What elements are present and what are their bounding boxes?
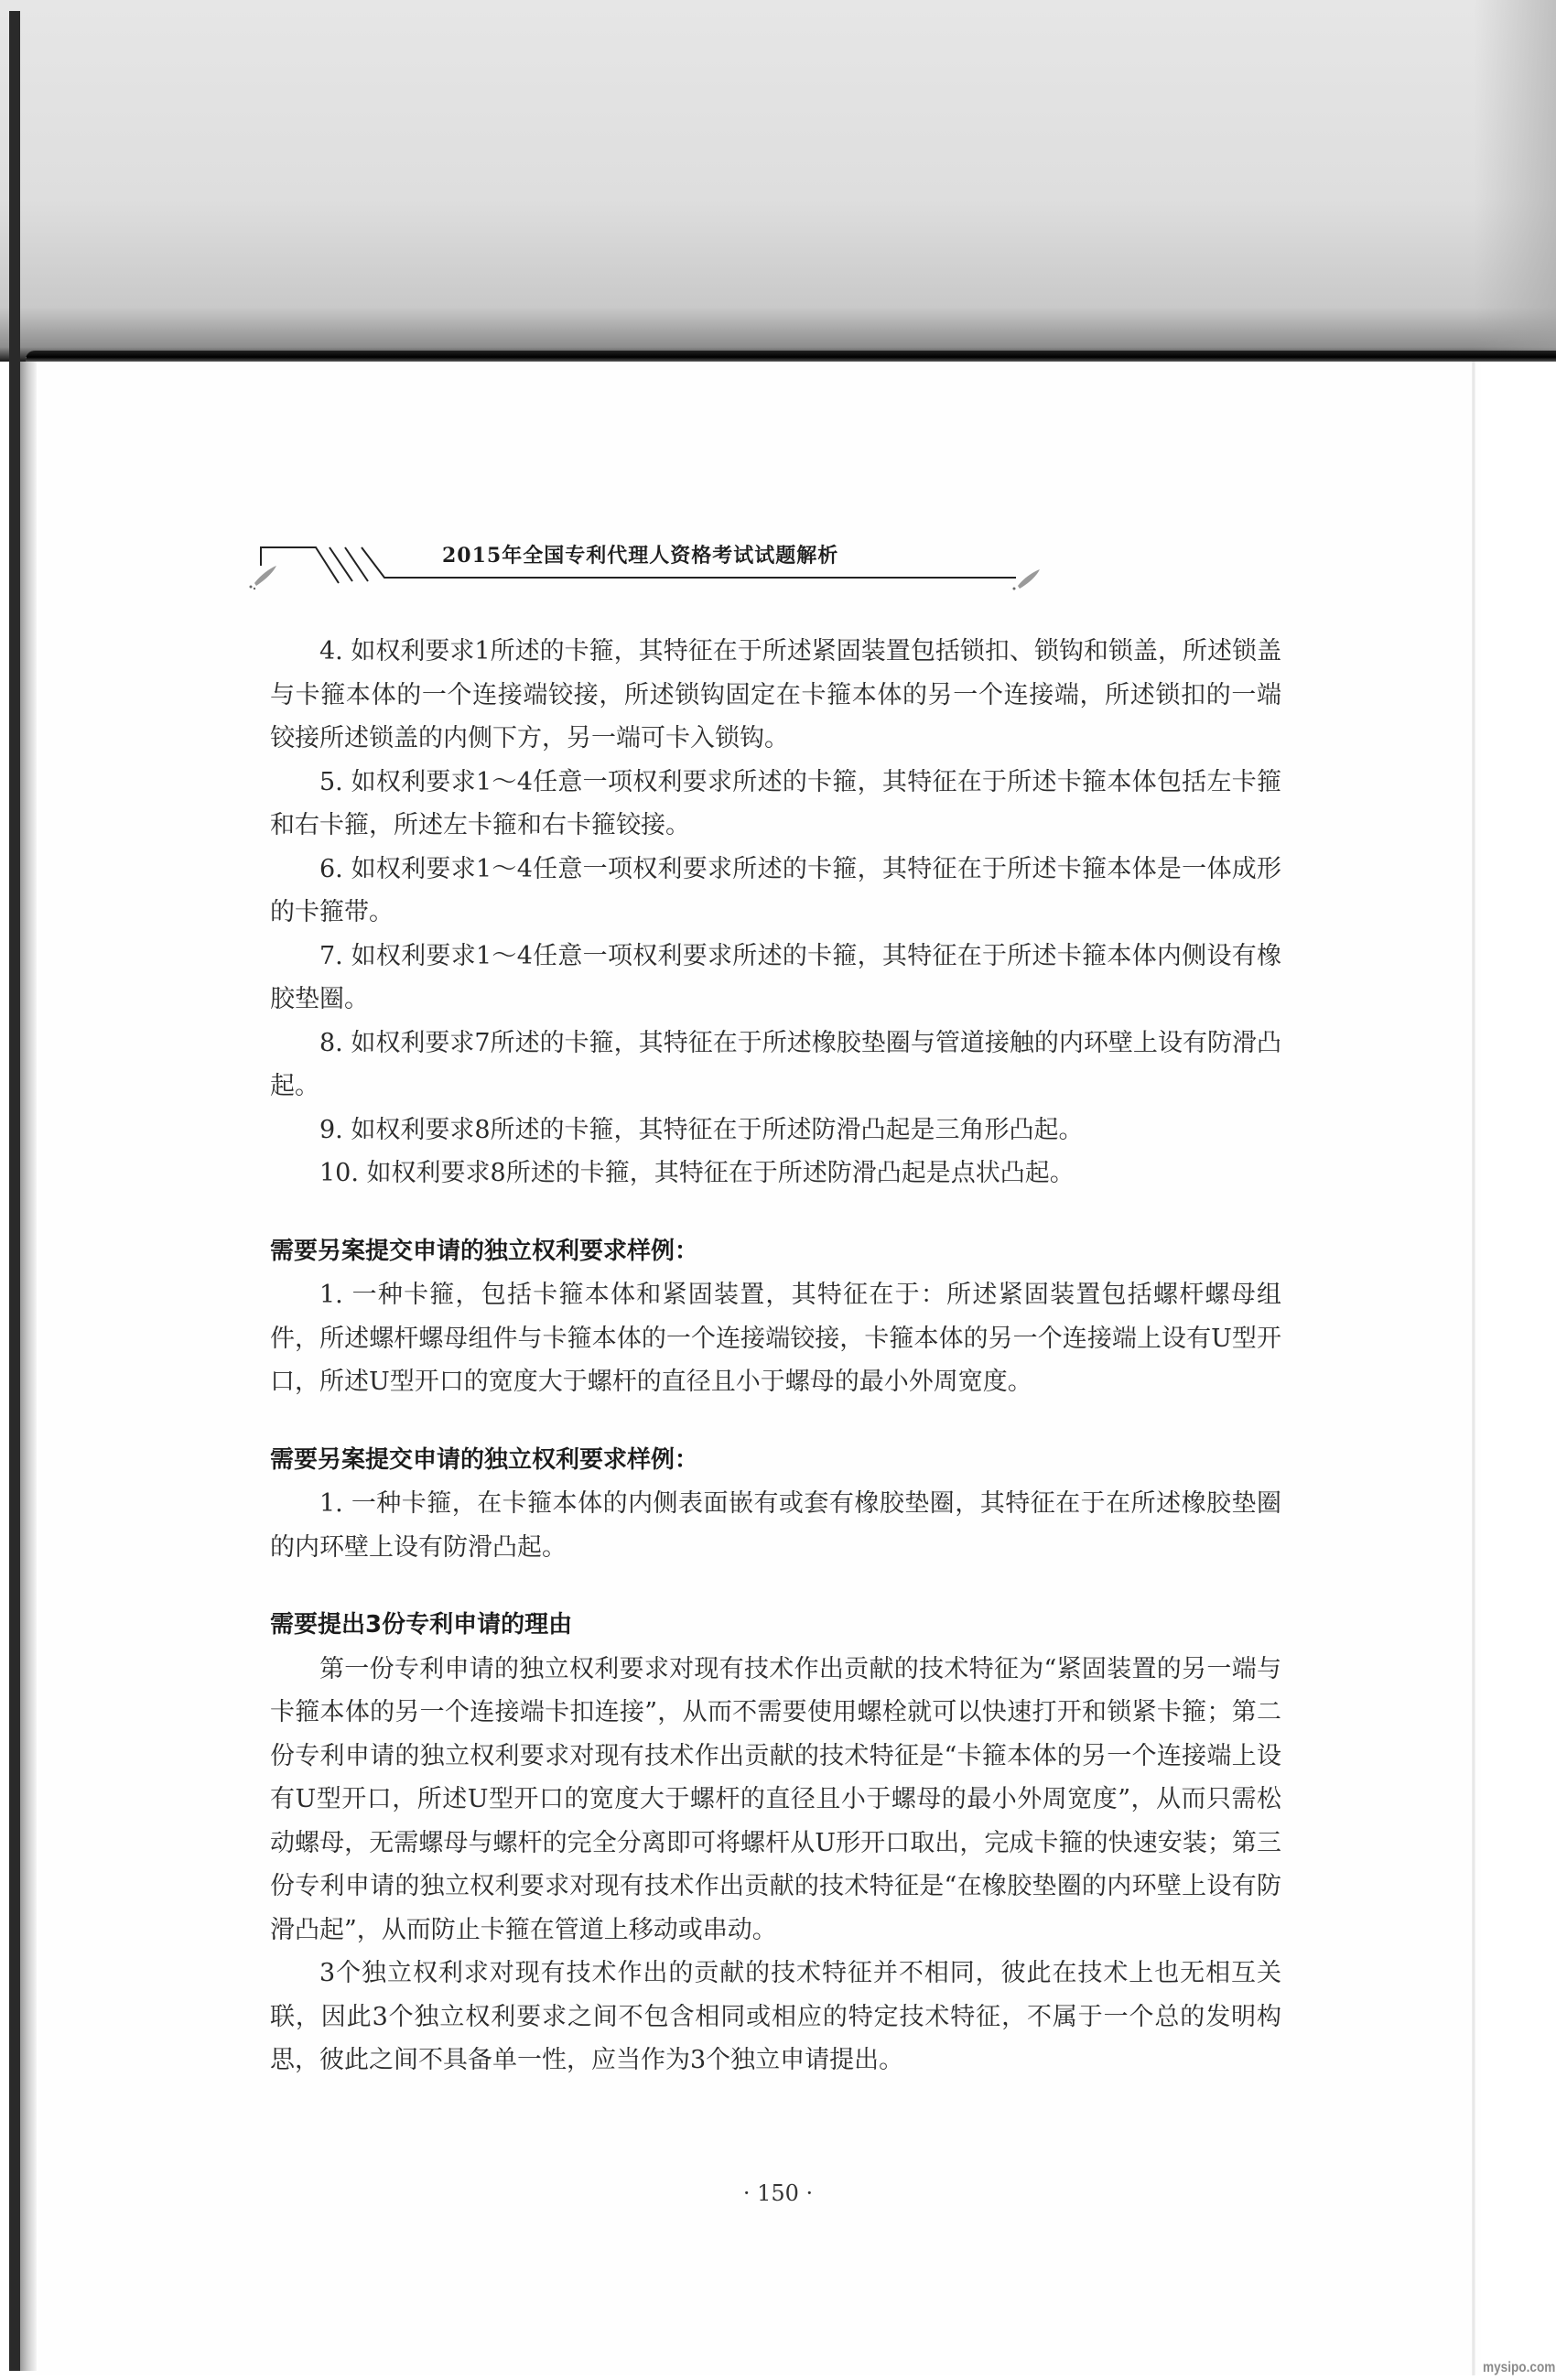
section-heading-divisional-2: 需要另案提交申请的独立权利要求样例： <box>270 1439 1281 1483</box>
section-heading-reasons: 需要提出3份专利申请的理由 <box>270 1604 1281 1648</box>
running-header: 2015年全国专利代理人资格考试试题解析 <box>229 535 1053 590</box>
page-number: · 150 · <box>0 2180 1556 2206</box>
section-heading-divisional-1: 需要另案提交申请的独立权利要求样例： <box>270 1230 1281 1274</box>
claim-9: 9. 如权利要求8所述的卡箍，其特征在于所述防滑凸起是三角形凸起。 <box>270 1109 1281 1152</box>
claim-7: 7. 如权利要求1～4任意一项权利要求所述的卡箍，其特征在于所述卡箍本体内侧设有… <box>270 935 1281 1022</box>
claim-5: 5. 如权利要求1～4任意一项权利要求所述的卡箍，其特征在于所述卡箍本体包括左卡… <box>270 761 1281 848</box>
running-header-title: 2015年全国专利代理人资格考试试题解析 <box>442 540 838 568</box>
claim-8: 8. 如权利要求7所述的卡箍，其特征在于所述橡胶垫圈与管道接触的内环壁上设有防滑… <box>270 1022 1281 1109</box>
page-top-edge <box>26 351 1556 362</box>
independent-claim-bolt-nut: 1. 一种卡箍，包括卡箍本体和紧固装置，其特征在于：所述紧固装置包括螺杆螺母组件… <box>270 1273 1281 1404</box>
spacer <box>270 1404 1281 1439</box>
page-fold-line <box>1472 357 1475 2375</box>
book-binding-edge <box>9 11 20 2371</box>
independent-claim-rubber-gasket: 1. 一种卡箍，在卡箍本体的内侧表面嵌有或套有橡胶垫圈，其特征在于在所述橡胶垫圈… <box>270 1482 1281 1569</box>
page-body: 4. 如权利要求1所述的卡箍，其特征在于所述紧固装置包括锁扣、锁钩和锁盖，所述锁… <box>270 630 1281 2082</box>
claim-4: 4. 如权利要求1所述的卡箍，其特征在于所述紧固装置包括锁扣、锁钩和锁盖，所述锁… <box>270 630 1281 761</box>
watermark: mysipo.com <box>1483 2360 1555 2376</box>
scanner-shadow-right <box>1474 0 1556 362</box>
scanner-background-top <box>0 0 1556 362</box>
claim-10: 10. 如权利要求8所述的卡箍，其特征在于所述防滑凸起是点状凸起。 <box>270 1152 1281 1195</box>
reason-paragraph-1: 第一份专利申请的独立权利要求对现有技术作出贡献的技术特征为“紧固装置的另一端与卡… <box>270 1648 1281 1953</box>
claim-6: 6. 如权利要求1～4任意一项权利要求所述的卡箍，其特征在于所述卡箍本体是一体成… <box>270 848 1281 935</box>
spacer <box>270 1195 1281 1230</box>
spacer <box>270 1569 1281 1604</box>
reason-paragraph-2: 3个独立权利求对现有技术作出的贡献的技术特征并不相同，彼此在技术上也无相互关联，… <box>270 1952 1281 2082</box>
page-gutter-shadow <box>20 362 37 2371</box>
